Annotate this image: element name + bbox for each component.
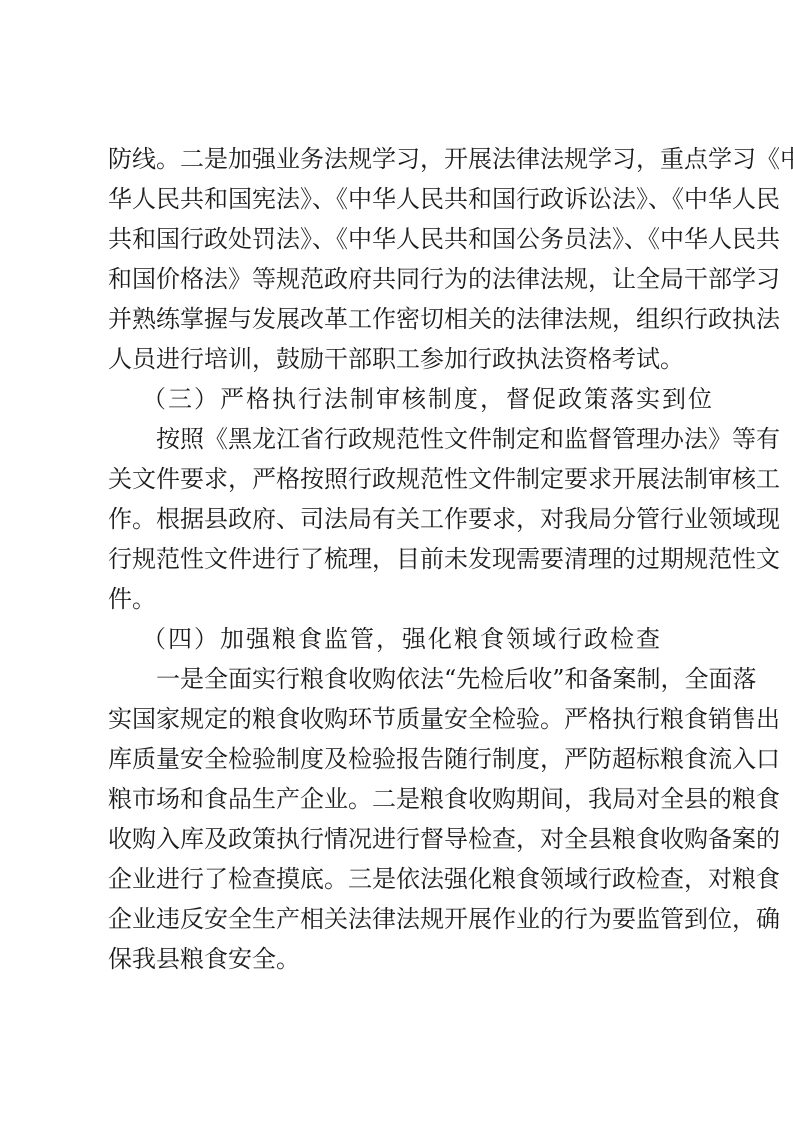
text-line: 库质量安全检验制度及检验报告随行制度，严防超标粮食流入口 <box>108 739 692 779</box>
paragraph-grain-supervision: 一是全面实行粮食收购依法“先检后收”和备案制，全面落 实国家规定的粮食收购环节质… <box>108 659 692 979</box>
section-heading-3: （三）严格执行法制审核制度，督促政策落实到位 <box>108 379 692 419</box>
text-line: 按照《黑龙江省行政规范性文件制定和监督管理办法》等有 <box>108 419 692 459</box>
text-line: 华人民共和国宪法》、《中华人民共和国行政诉讼法》、《中华人民 <box>108 179 692 219</box>
text-line: 共和国行政处罚法》、《中华人民共和国公务员法》、《中华人民共 <box>108 219 692 259</box>
text-line: 保我县粮食安全。 <box>108 939 692 979</box>
text-line: 关文件要求，严格按照行政规范性文件制定要求开展法制审核工 <box>108 459 692 499</box>
text-line: 收购入库及政策执行情况进行督导检查，对全县粮食收购备案的 <box>108 819 692 859</box>
text-line: 行规范性文件进行了梳理，目前未发现需要清理的过期规范性文 <box>108 539 692 579</box>
section-heading-4: （四）加强粮食监管，强化粮食领域行政检查 <box>108 619 692 659</box>
text-line: 企业违反安全生产相关法律法规开展作业的行为要监管到位，确 <box>108 899 692 939</box>
text-line: 并熟练掌握与发展改革工作密切相关的法律法规，组织行政执法 <box>108 299 692 339</box>
text-line: 企业进行了检查摸底。三是依法强化粮食领域行政检查，对粮食 <box>108 859 692 899</box>
text-line: 粮市场和食品生产企业。二是粮食收购期间，我局对全县的粮食 <box>108 779 692 819</box>
paragraph-legal-study: 防线。二是加强业务法规学习，开展法律法规学习，重点学习《中 华人民共和国宪法》、… <box>108 139 692 379</box>
text-line: 防线。二是加强业务法规学习，开展法律法规学习，重点学习《中 <box>108 139 692 179</box>
text-line: 一是全面实行粮食收购依法“先检后收”和备案制，全面落 <box>108 659 692 699</box>
text-line: 实国家规定的粮食收购环节质量安全检验。严格执行粮食销售出 <box>108 699 692 739</box>
text-line: 人员进行培训，鼓励干部职工参加行政执法资格考试。 <box>108 339 692 379</box>
document-page: 防线。二是加强业务法规学习，开展法律法规学习，重点学习《中 华人民共和国宪法》、… <box>108 139 692 979</box>
text-line: 和国价格法》等规范政府共同行为的法律法规，让全局干部学习 <box>108 259 692 299</box>
text-line: 件。 <box>108 579 692 619</box>
text-line: 作。根据县政府、司法局有关工作要求，对我局分管行业领域现 <box>108 499 692 539</box>
paragraph-legal-review: 按照《黑龙江省行政规范性文件制定和监督管理办法》等有 关文件要求，严格按照行政规… <box>108 419 692 619</box>
